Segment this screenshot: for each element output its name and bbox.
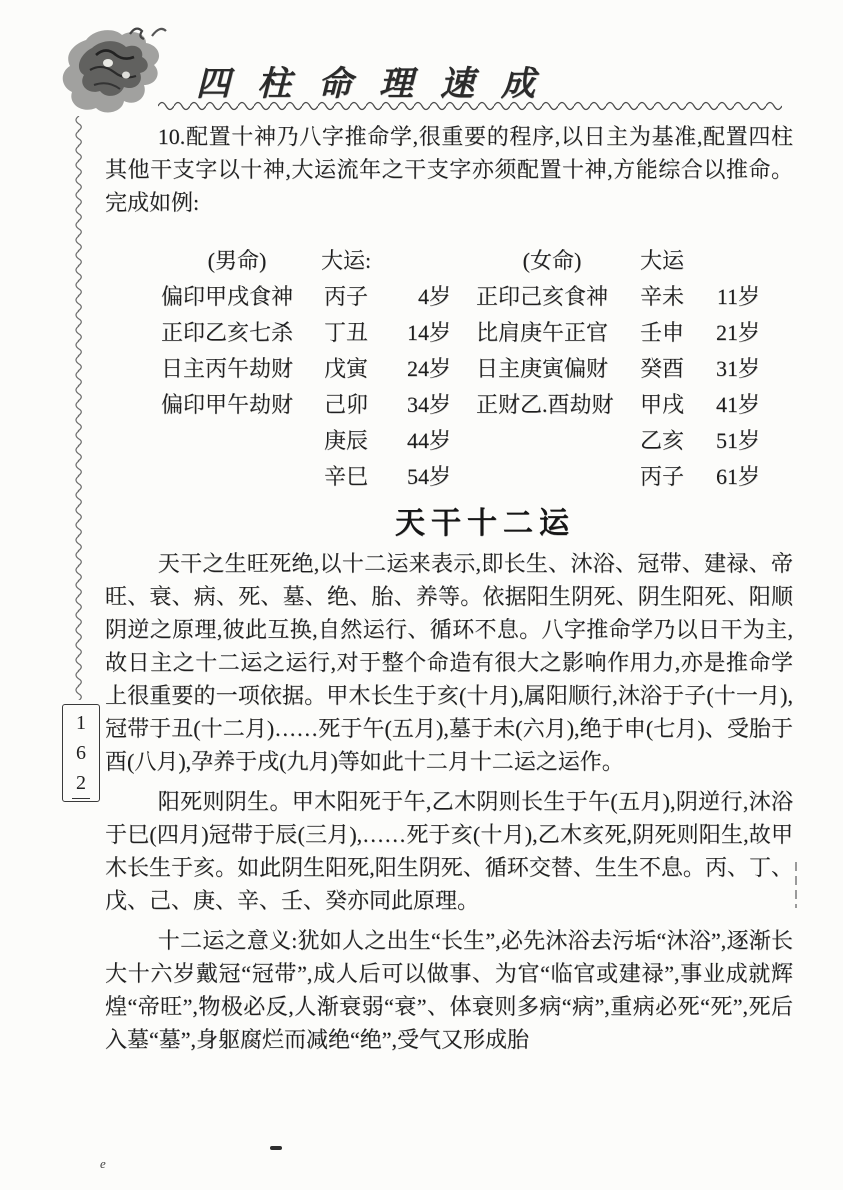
table-row: 正印己亥食神 辛未 11岁 [476,279,768,315]
table-row: 庚辰 44岁 [161,423,451,459]
pillar-cell [476,423,628,459]
intro-paragraph: 10.配置十神乃八字推命学,很重要的程序,以日主为基准,配置四柱其他干支字以十神… [105,120,793,219]
table-row: 偏印甲戌食神 丙子 4岁 [161,279,451,315]
ganzhi-cell: 壬申 [628,315,696,351]
ganzhi-cell: 丙子 [628,459,696,495]
age-cell: 14岁 [379,315,451,351]
scan-artifact [795,862,797,908]
age-cell: 11岁 [696,279,760,315]
table-row: 乙亥 51岁 [476,423,768,459]
pillar-cell: 正印乙亥七杀 [161,315,313,351]
male-label: (男命) [161,243,313,279]
ganzhi-cell: 辛未 [628,279,696,315]
margin-zigzag-line [70,116,86,700]
ganzhi-cell: 癸酉 [628,351,696,387]
ganzhi-cell: 辛巳 [313,459,379,495]
age-cell: 24岁 [379,351,451,387]
body-paragraph: 天干之生旺死绝,以十二运来表示,即长生、沐浴、冠带、建禄、帝旺、衰、病、死、墓、… [105,547,793,778]
pillar-cell [476,459,628,495]
pillar-cell: 正财乙.酉劫财 [476,387,628,423]
female-dayun-heading: 大运 [628,243,696,279]
age-cell: 34岁 [379,387,451,423]
scan-artifact: e [100,1156,106,1172]
male-table-header: (男命) 大运: [161,243,451,279]
pillar-cell: 偏印甲戌食神 [161,279,313,315]
ganzhi-cell: 戊寅 [313,351,379,387]
page-number-box: 1 6 2 [62,704,100,802]
table-row: 日主庚寅偏财 癸酉 31岁 [476,351,768,387]
ganzhi-cell: 乙亥 [628,423,696,459]
female-label: (女命) [476,243,628,279]
age-cell: 51岁 [696,423,760,459]
age-cell: 21岁 [696,315,760,351]
age-cell: 54岁 [379,459,451,495]
body-paragraph: 十二运之意义:犹如人之出生“长生”,必先沐浴去污垢“沐浴”,逐渐长大十六岁戴冠“… [105,924,793,1056]
page-number-digit: 1 [72,708,90,738]
table-row: 正印乙亥七杀 丁丑 14岁 [161,315,451,351]
table-row: 丙子 61岁 [476,459,768,495]
male-dayun-heading: 大运: [313,243,379,279]
ganzhi-cell: 丙子 [313,279,379,315]
dayun-example-tables: (男命) 大运: 偏印甲戌食神 丙子 4岁 正印乙亥七杀 丁丑 14岁 日主丙午… [105,243,793,495]
table-row: 正财乙.酉劫财 甲戌 41岁 [476,387,768,423]
pillar-cell: 偏印甲午劫财 [161,387,313,423]
table-row: 日主丙午劫财 戊寅 24岁 [161,351,451,387]
page-content: 10.配置十神乃八字推命学,很重要的程序,以日主为基准,配置四柱其他干支字以十神… [105,120,793,1063]
scan-artifact [270,1146,282,1150]
female-example-table: (女命) 大运 正印己亥食神 辛未 11岁 比肩庚午正官 壬申 21岁 日主庚寅… [476,243,768,495]
pillar-cell: 日主丙午劫财 [161,351,313,387]
age-cell: 44岁 [379,423,451,459]
age-cell: 31岁 [696,351,760,387]
table-row: 辛巳 54岁 [161,459,451,495]
page-number-digit: 6 [72,738,90,768]
ganzhi-cell: 庚辰 [313,423,379,459]
male-example-table: (男命) 大运: 偏印甲戌食神 丙子 4岁 正印乙亥七杀 丁丑 14岁 日主丙午… [161,243,451,495]
scanned-book-page: 四柱命理速成 1 6 2 10.配置十神乃八字推命学,很重要的程序,以日主为基准… [0,0,843,1190]
ganzhi-cell: 甲戌 [628,387,696,423]
age-cell: 61岁 [696,459,760,495]
table-row: 偏印甲午劫财 己卯 34岁 [161,387,451,423]
pillar-cell: 正印己亥食神 [476,279,628,315]
pillar-cell [161,459,313,495]
pillar-cell: 比肩庚午正官 [476,315,628,351]
wavy-underline [158,97,782,113]
table-row: 比肩庚午正官 壬申 21岁 [476,315,768,351]
female-table-header: (女命) 大运 [476,243,768,279]
section-heading: 天干十二运 [105,507,793,540]
ganzhi-cell: 丁丑 [313,315,379,351]
ganzhi-cell: 己卯 [313,387,379,423]
body-paragraph: 阳死则阴生。甲木阳死于午,乙木阴则长生于午(五月),阴逆行,沐浴于巳(四月)冠带… [105,785,793,917]
page-number-digit: 2 [72,768,90,799]
age-cell: 4岁 [379,279,451,315]
pillar-cell [161,423,313,459]
pillar-cell: 日主庚寅偏财 [476,351,628,387]
age-cell: 41岁 [696,387,760,423]
